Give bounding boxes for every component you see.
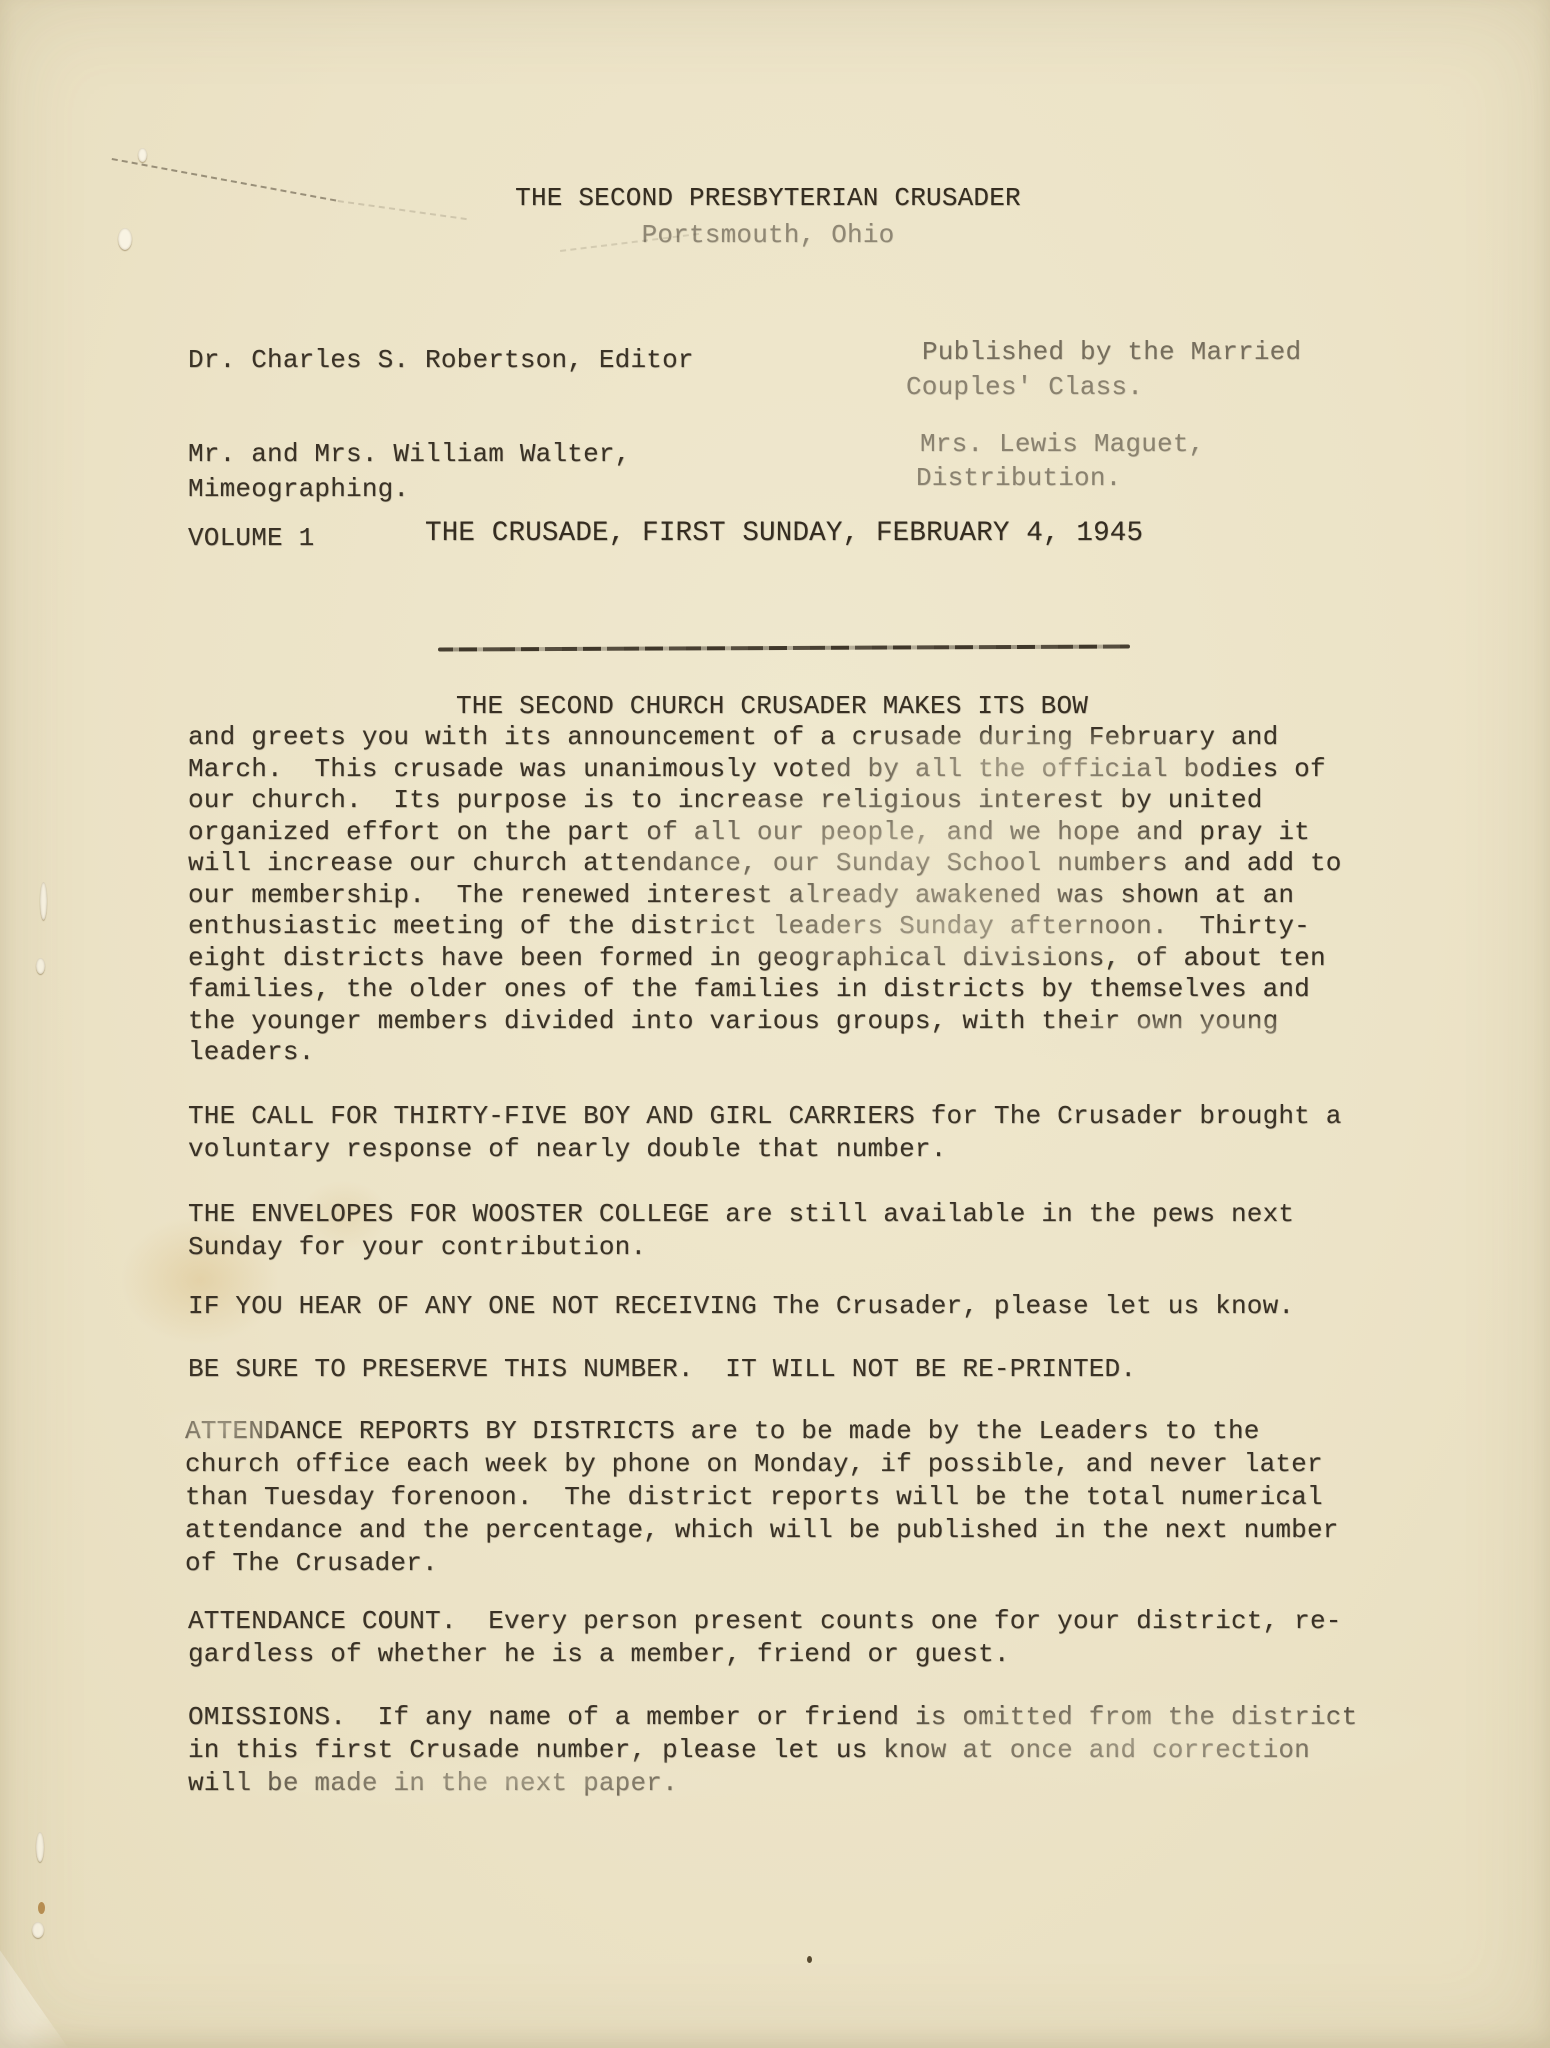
crease-mark-faint	[338, 200, 467, 220]
paragraph-attendance-count: ATTENDANCE COUNT. Every person present c…	[188, 1605, 1342, 1671]
staple-hole-bottom-2	[32, 1922, 44, 1938]
rust-speck	[38, 1902, 45, 1914]
distribution-line-1: Mrs. Lewis Maguet,	[920, 428, 1204, 461]
published-by-line-2: Couples' Class.	[906, 371, 1143, 404]
staple-hole-top-2	[138, 148, 147, 162]
staple-hole-bottom	[36, 1832, 44, 1862]
newsletter-page: THE SECOND PRESBYTERIAN CRUSADER Portsmo…	[0, 0, 1550, 2048]
published-by-line-1: Published by the Married	[922, 336, 1301, 369]
staple-hole-middle-2	[36, 958, 45, 974]
article-headline: THE SECOND CHURCH CRUSADER MAKES ITS BOW	[456, 690, 1088, 723]
paragraph-preserve: BE SURE TO PRESERVE THIS NUMBER. IT WILL…	[188, 1353, 1136, 1386]
ink-speck	[807, 1956, 812, 1963]
editor-line: Dr. Charles S. Robertson, Editor	[188, 344, 694, 377]
paragraph-envelopes: THE ENVELOPES FOR WOOSTER COLLEGE are st…	[188, 1198, 1294, 1264]
paragraph-omissions: OMISSIONS. If any name of a member or fr…	[188, 1701, 1357, 1800]
mimeographing-line-1: Mr. and Mrs. William Walter,	[188, 438, 630, 471]
paragraph-not-receiving: IF YOU HEAR OF ANY ONE NOT RECEIVING The…	[188, 1290, 1294, 1323]
crease-mark	[112, 158, 337, 202]
staple-hole-top	[118, 228, 132, 250]
mimeographing-line-2: Mimeographing.	[188, 473, 409, 506]
folded-corner	[0, 1949, 69, 2048]
paragraph-greeting: and greets you with its announcement of …	[188, 722, 1342, 1069]
newsletter-title: THE SECOND PRESBYTERIAN CRUSADER	[515, 182, 1021, 215]
paragraph-carriers: THE CALL FOR THIRTY-FIVE BOY AND GIRL CA…	[188, 1100, 1342, 1166]
staple-hole-middle	[40, 882, 47, 920]
distribution-line-2: Distribution.	[916, 462, 1121, 495]
volume-label: VOLUME 1	[188, 522, 314, 555]
divider-rule	[438, 644, 1130, 651]
issue-date-line: THE CRUSADE, FIRST SUNDAY, FEBRUARY 4, 1…	[425, 517, 1143, 550]
newsletter-location: Portsmouth, Ohio	[642, 219, 895, 252]
paragraph-attendance-reports: ATTENDANCE REPORTS BY DISTRICTS are to b…	[185, 1415, 1339, 1580]
